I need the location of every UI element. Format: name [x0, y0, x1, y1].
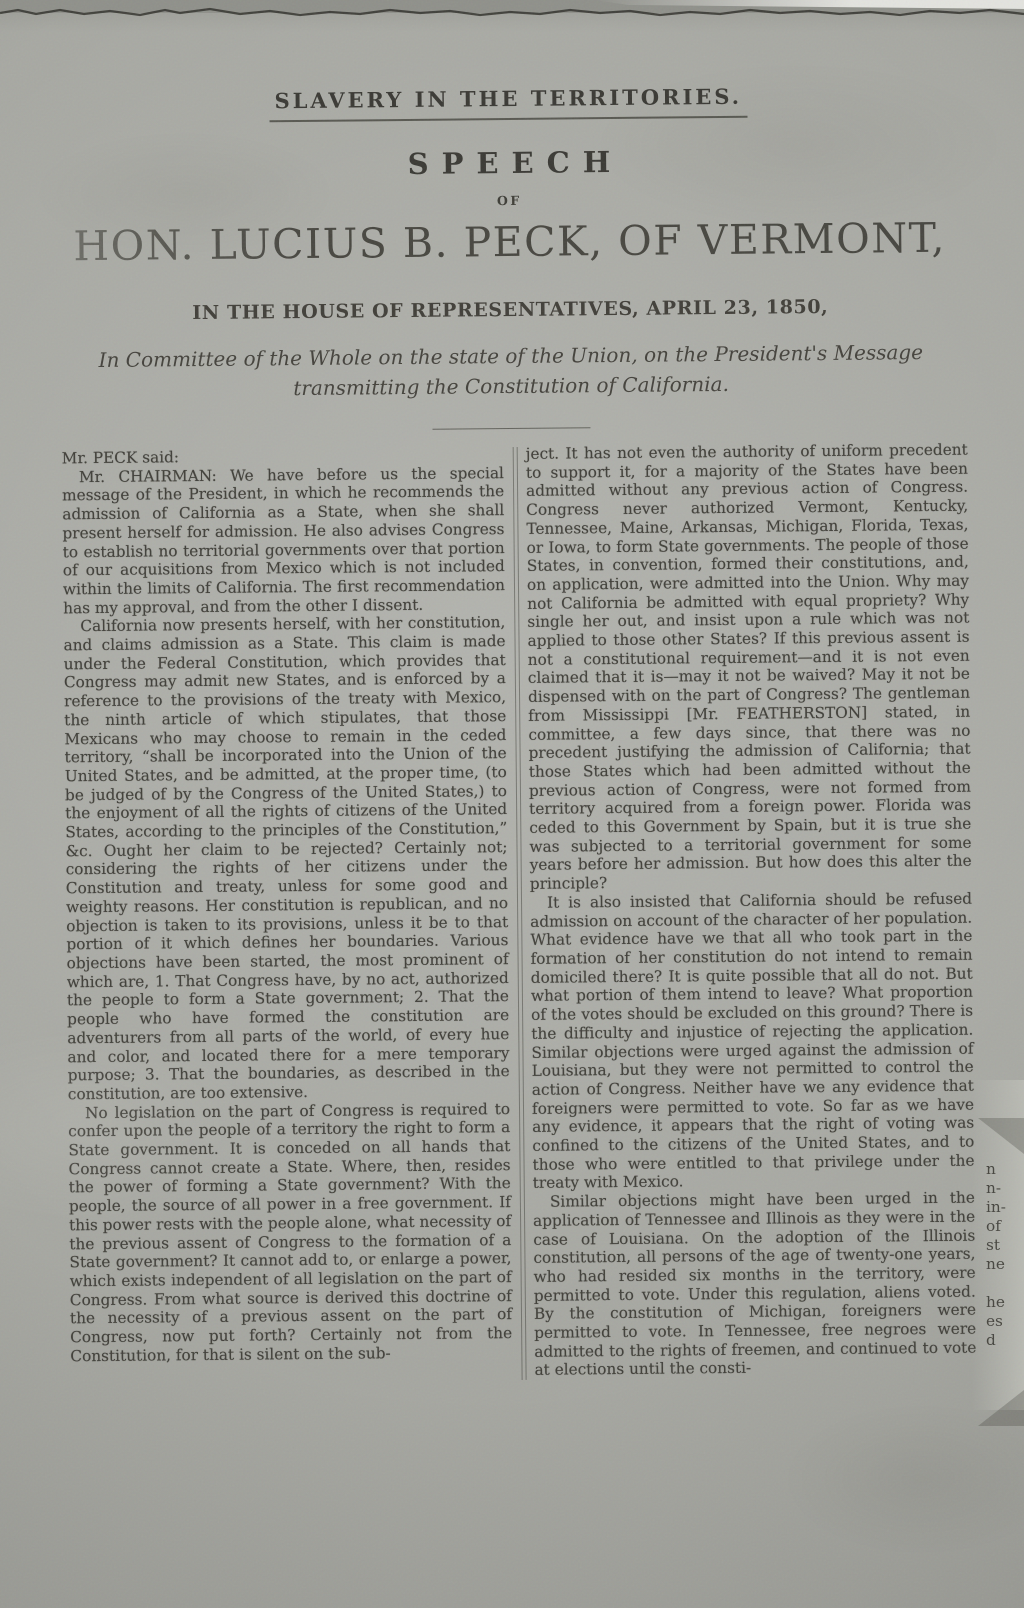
- edge-text-fragment: of: [986, 1217, 1020, 1236]
- edge-text-fragment: he: [986, 1293, 1020, 1312]
- edge-text-fragment: st: [986, 1236, 1020, 1255]
- edge-text-fragment: es: [986, 1312, 1020, 1331]
- paragraph: It is also insisted that California shou…: [530, 889, 975, 1192]
- edge-text-fragment: in-: [986, 1198, 1020, 1217]
- edge-text-fragment: n: [986, 1160, 1020, 1179]
- of-label: OF: [0, 188, 1021, 213]
- edge-text-fragment: d: [986, 1331, 1020, 1350]
- right-column: ject. It has not even the authority of u…: [526, 441, 977, 1380]
- document-page: SLAVERY IN THE TERRITORIES. SPEECH OF HO…: [0, 0, 1024, 1608]
- speaker-name: HON. LUCIUS B. PECK, OF VERMONT,: [0, 213, 1022, 271]
- paragraph: California now presents herself, with he…: [63, 613, 510, 1104]
- column-divider-rule: [513, 447, 527, 1380]
- section-divider-rule: [432, 427, 590, 430]
- speech-heading: SPEECH: [0, 141, 1021, 185]
- edge-text-fragment: ne: [986, 1255, 1020, 1274]
- committee-line: In Committee of the Whole on the state o…: [85, 337, 938, 405]
- venue-line: IN THE HOUSE OF REPRESENTATIVES, APRIL 2…: [0, 294, 1022, 326]
- title-rule: [270, 116, 748, 123]
- edge-text-fragments: n n- in- of st ne he es d: [986, 1160, 1020, 1350]
- paragraph: Mr. CHAIRMAN: We have before us the spec…: [62, 464, 505, 618]
- paragraph: Similar objections might have been urged…: [533, 1189, 977, 1380]
- paragraph: ject. It has not even the authority of u…: [526, 441, 972, 894]
- paragraph: No legislation on the part of Congress i…: [68, 1100, 512, 1366]
- left-column: Mr. PECK said: Mr. CHAIRMAN: We have bef…: [62, 445, 513, 1384]
- body-columns: Mr. PECK said: Mr. CHAIRMAN: We have bef…: [62, 441, 977, 1385]
- page-content: SLAVERY IN THE TERRITORIES. SPEECH OF HO…: [0, 0, 1024, 1608]
- series-title: SLAVERY IN THE TERRITORIES.: [0, 81, 1020, 116]
- edge-text-fragment: n-: [986, 1179, 1020, 1198]
